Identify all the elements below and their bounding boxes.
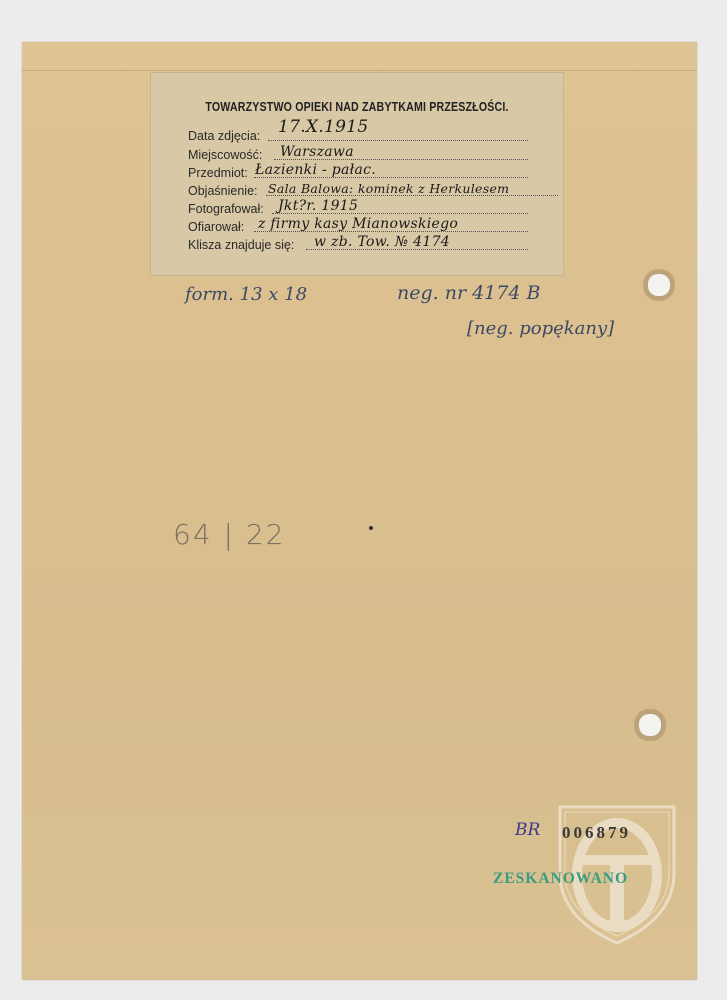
- scanned-stamp: ZESKANOWANO: [493, 870, 628, 888]
- card-top-fold: [22, 42, 697, 70]
- label-title: TOWARZYSTWO OPIEKI NAD ZABYTKAMI PRZESZŁ…: [182, 100, 532, 114]
- field-negative-location: Klisza znajduje się: w zb. Tow. № 4174: [188, 236, 558, 252]
- pencil-reference: 64 | 22: [173, 518, 286, 551]
- field-value: 17.X.1915: [278, 117, 369, 137]
- field-key: Miejscowość:: [188, 148, 262, 162]
- field-value: Łazienki - pałac.: [255, 162, 376, 178]
- field-donor: Ofiarował: z firmy kasy Mianowskiego: [188, 218, 558, 234]
- society-label: TOWARZYSTWO OPIEKI NAD ZABYTKAMI PRZESZŁ…: [150, 72, 564, 276]
- field-value: Warszawa: [280, 144, 354, 160]
- negative-number-note: neg. nr 4174 B: [397, 282, 540, 304]
- field-key: Fotografował:: [188, 202, 264, 216]
- field-description: Objaśnienie: Sala Balowa: kominek z Herk…: [188, 182, 558, 198]
- field-key: Ofiarował:: [188, 220, 244, 234]
- field-value: w zb. Tow. № 4174: [314, 234, 450, 250]
- format-note: form. 13 x 18: [185, 284, 307, 305]
- field-value: z firmy kasy Mianowskiego: [258, 216, 458, 232]
- field-photographer: Fotografował: Jkt?r. 1915: [188, 200, 558, 216]
- field-key: Przedmiot:: [188, 166, 248, 180]
- negative-condition-note: [neg. popękany]: [467, 318, 614, 339]
- collection-prefix-stamp: BR: [515, 820, 540, 840]
- field-subject: Przedmiot: Łazienki - pałac.: [188, 164, 558, 180]
- field-value: Jkt?r. 1915: [278, 198, 358, 214]
- field-key: Klisza znajduje się:: [188, 238, 294, 252]
- field-key: Data zdjęcia:: [188, 129, 260, 143]
- ink-dot: [369, 526, 373, 530]
- field-date: Data zdjęcia: 17.X.1915: [188, 127, 558, 143]
- field-key: Objaśnienie:: [188, 184, 258, 198]
- punch-hole-upper: [648, 274, 670, 296]
- field-value: Sala Balowa: kominek z Herkulesem: [268, 181, 509, 196]
- field-place: Miejscowość: Warszawa: [188, 146, 558, 162]
- inventory-number-stamp: 006879: [562, 823, 631, 843]
- punch-hole-lower: [639, 714, 661, 736]
